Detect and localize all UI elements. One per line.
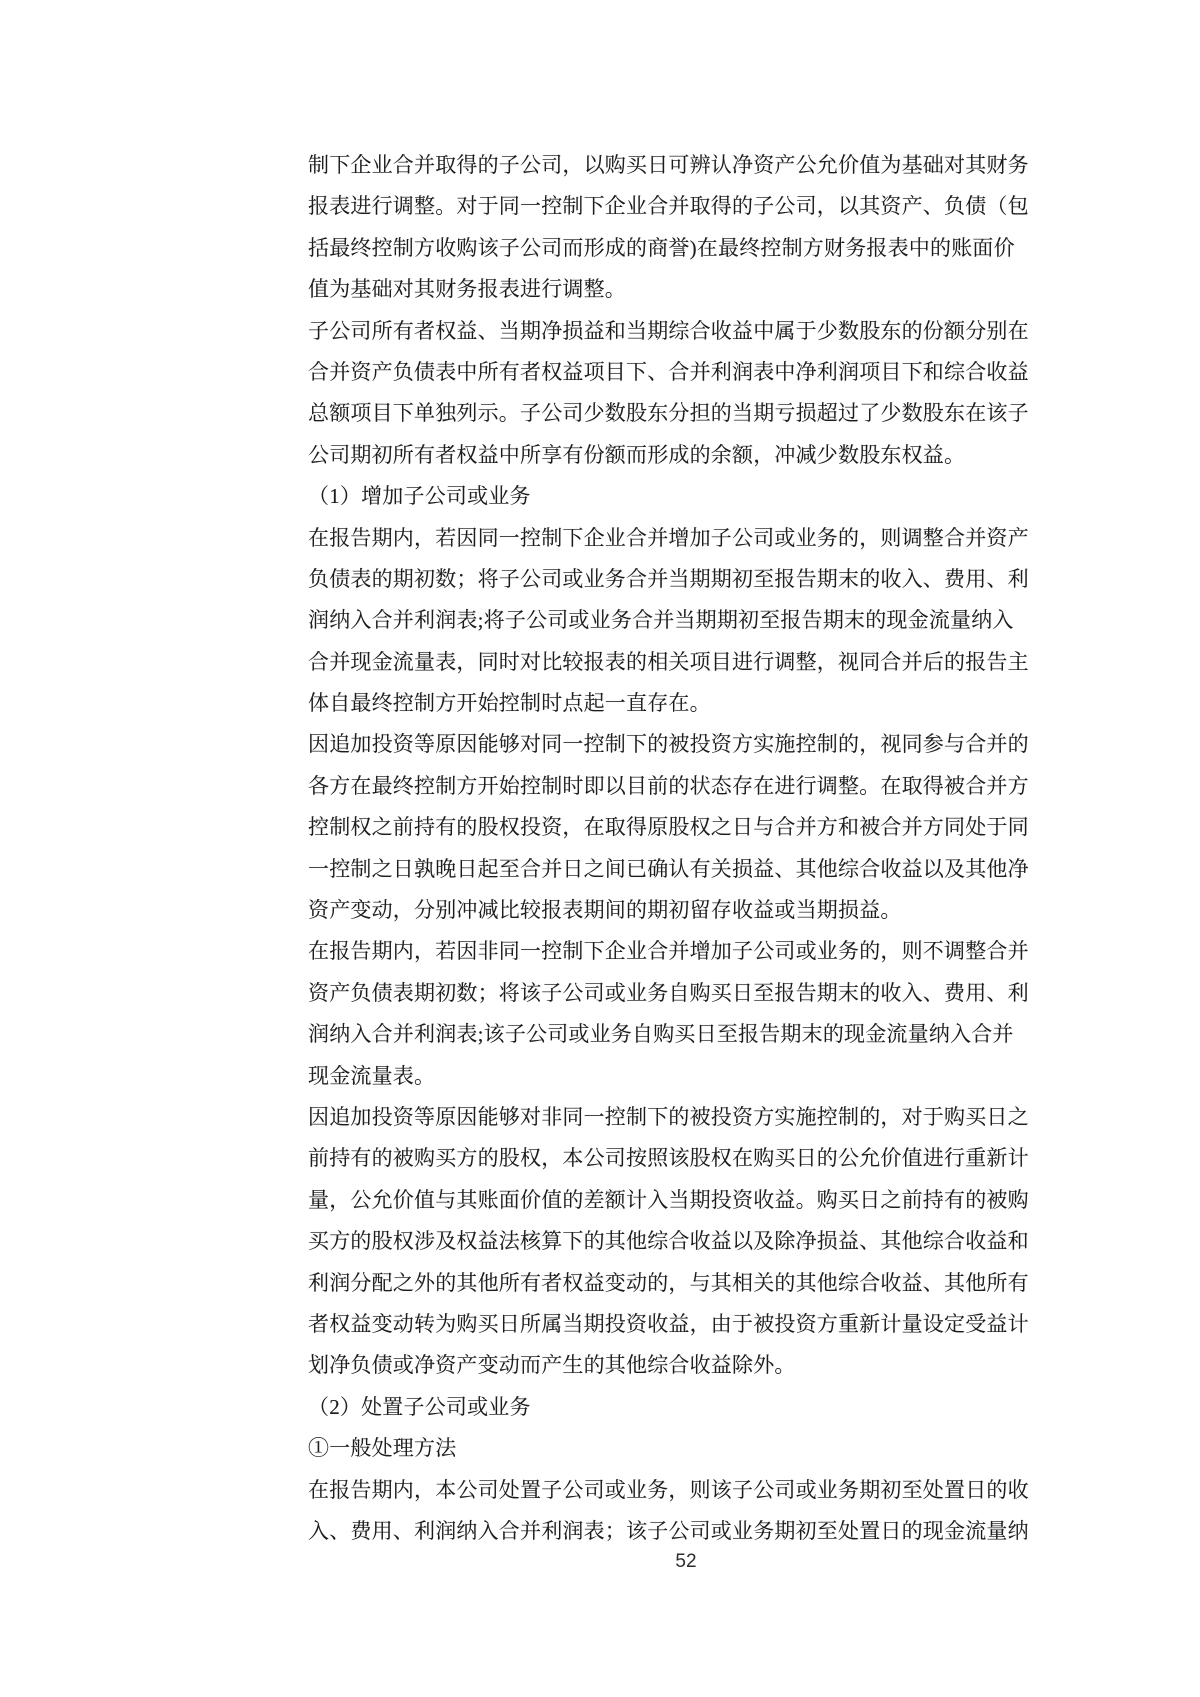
- text-line: 现金流量表。: [308, 1056, 1028, 1097]
- text-line: 量，公允价值与其账面价值的差额计入当期投资收益。购买日之前持有的被购: [308, 1180, 1028, 1221]
- text-line: 各方在最终控制方开始控制时即以目前的状态存在进行调整。在取得被合并方: [308, 766, 1028, 807]
- text-line: 润纳入合并利润表;将子公司或业务合并当期期初至报告期末的现金流量纳入: [308, 600, 1028, 641]
- text-line: 者权益变动转为购买日所属当期投资收益，由于被投资方重新计量设定受益计: [308, 1304, 1028, 1345]
- text-line: 负债表的期初数；将子公司或业务合并当期期初至报告期末的收入、费用、利: [308, 559, 1028, 600]
- document-page: 制下企业合并取得的子公司，以购买日可辨认净资产公允价值为基础对其财务报表进行调整…: [0, 0, 1200, 1697]
- text-line: 控制权之前持有的股权投资，在取得原股权之日与合并方和被合并方同处于同: [308, 807, 1028, 848]
- text-line: 值为基础对其财务报表进行调整。: [308, 269, 1028, 310]
- text-line: 入、费用、利润纳入合并利润表；该子公司或业务期初至处置日的现金流量纳: [308, 1511, 1028, 1552]
- text-line: 报表进行调整。对于同一控制下企业合并取得的子公司，以其资产、负债（包: [308, 186, 1028, 227]
- text-line: 划净负债或净资产变动而产生的其他综合收益除外。: [308, 1345, 1028, 1386]
- text-line: 体自最终控制方开始控制时点起一直存在。: [308, 683, 1028, 724]
- text-line: 资产负债表期初数；将该子公司或业务自购买日至报告期末的收入、费用、利: [308, 973, 1028, 1014]
- text-line: 总额项目下单独列示。子公司少数股东分担的当期亏损超过了少数股东在该子: [308, 393, 1028, 434]
- text-line: 制下企业合并取得的子公司，以购买日可辨认净资产公允价值为基础对其财务: [308, 145, 1028, 186]
- text-line: 在报告期内，若因非同一控制下企业合并增加子公司或业务的，则不调整合并: [308, 931, 1028, 972]
- text-line: （1）增加子公司或业务: [308, 476, 1028, 517]
- text-line: 前持有的被购买方的股权，本公司按照该股权在购买日的公允价值进行重新计: [308, 1138, 1028, 1179]
- text-line: 买方的股权涉及权益法核算下的其他综合收益以及除净损益、其他综合收益和: [308, 1221, 1028, 1262]
- text-line: 润纳入合并利润表;该子公司或业务自购买日至报告期末的现金流量纳入合并: [308, 1014, 1028, 1055]
- text-line: 公司期初所有者权益中所享有份额而形成的余额，冲减少数股东权益。: [308, 435, 1028, 476]
- text-line: 因追加投资等原因能够对非同一控制下的被投资方实施控制的，对于购买日之: [308, 1097, 1028, 1138]
- text-line: 括最终控制方收购该子公司而形成的商誉)在最终控制方财务报表中的账面价: [308, 228, 1028, 269]
- text-line: （2）处置子公司或业务: [308, 1387, 1028, 1428]
- text-line: 合并现金流量表，同时对比较报表的相关项目进行调整，视同合并后的报告主: [308, 642, 1028, 683]
- text-line: 合并资产负债表中所有者权益项目下、合并利润表中净利润项目下和综合收益: [308, 352, 1028, 393]
- text-line: 子公司所有者权益、当期净损益和当期综合收益中属于少数股东的份额分别在: [308, 311, 1028, 352]
- text-line: 在报告期内，本公司处置子公司或业务，则该子公司或业务期初至处置日的收: [308, 1470, 1028, 1511]
- text-line: 利润分配之外的其他所有者权益变动的，与其相关的其他综合收益、其他所有: [308, 1263, 1028, 1304]
- text-line: ①一般处理方法: [308, 1428, 1028, 1469]
- body-text: 制下企业合并取得的子公司，以购买日可辨认净资产公允价值为基础对其财务报表进行调整…: [308, 145, 1028, 1552]
- text-line: 在报告期内，若因同一控制下企业合并增加子公司或业务的，则调整合并资产: [308, 518, 1028, 559]
- text-line: 一控制之日孰晚日起至合并日之间已确认有关损益、其他综合收益以及其他净: [308, 849, 1028, 890]
- page-number: 52: [675, 1551, 696, 1573]
- text-line: 资产变动，分别冲减比较报表期间的期初留存收益或当期损益。: [308, 890, 1028, 931]
- text-line: 因追加投资等原因能够对同一控制下的被投资方实施控制的，视同参与合并的: [308, 724, 1028, 765]
